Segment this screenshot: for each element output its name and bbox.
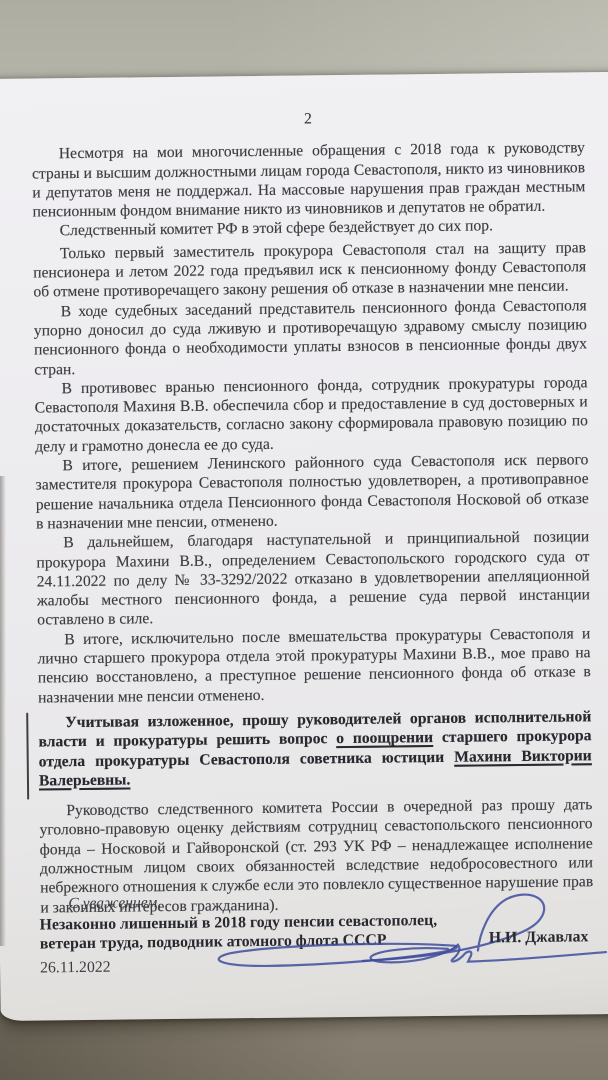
document-page: 2 Несмотря на мои многочисленные обращен…	[0, 72, 608, 1021]
closing-salutation: С уважением,	[68, 894, 161, 913]
page-content: 2 Несмотря на мои многочисленные обращен…	[0, 72, 608, 918]
request-paragraph: Учитывая изложенное, прошу руководителей…	[38, 707, 592, 790]
paragraph: В дальнейшем, благодаря наступательной и…	[36, 527, 590, 630]
paragraph: В ходе судебных заседаний представитель …	[34, 296, 588, 379]
page-number: 2	[31, 106, 584, 132]
signature-stroke-ellipse	[219, 943, 457, 966]
paragraph: Только первый заместитель прокурора Сева…	[33, 238, 587, 302]
photo-of-document: 2 Несмотря на мои многочисленные обращен…	[0, 0, 608, 1080]
paragraph: Несмотря на мои многочисленные обращения…	[32, 139, 586, 222]
paragraph: В итоге, исключительно после вмешательст…	[37, 624, 591, 707]
document-date: 26.11.2022	[40, 959, 111, 978]
request-underlined-phrase: о поощрении	[336, 729, 433, 747]
margin-mark-line	[26, 713, 29, 800]
paragraph: В итоге, решением Ленинского районного с…	[35, 450, 589, 533]
signatory-initials-name: Н.И. Джавлах	[489, 928, 589, 947]
paragraph: В противовес вранью пенсионного фонда, с…	[34, 373, 588, 456]
